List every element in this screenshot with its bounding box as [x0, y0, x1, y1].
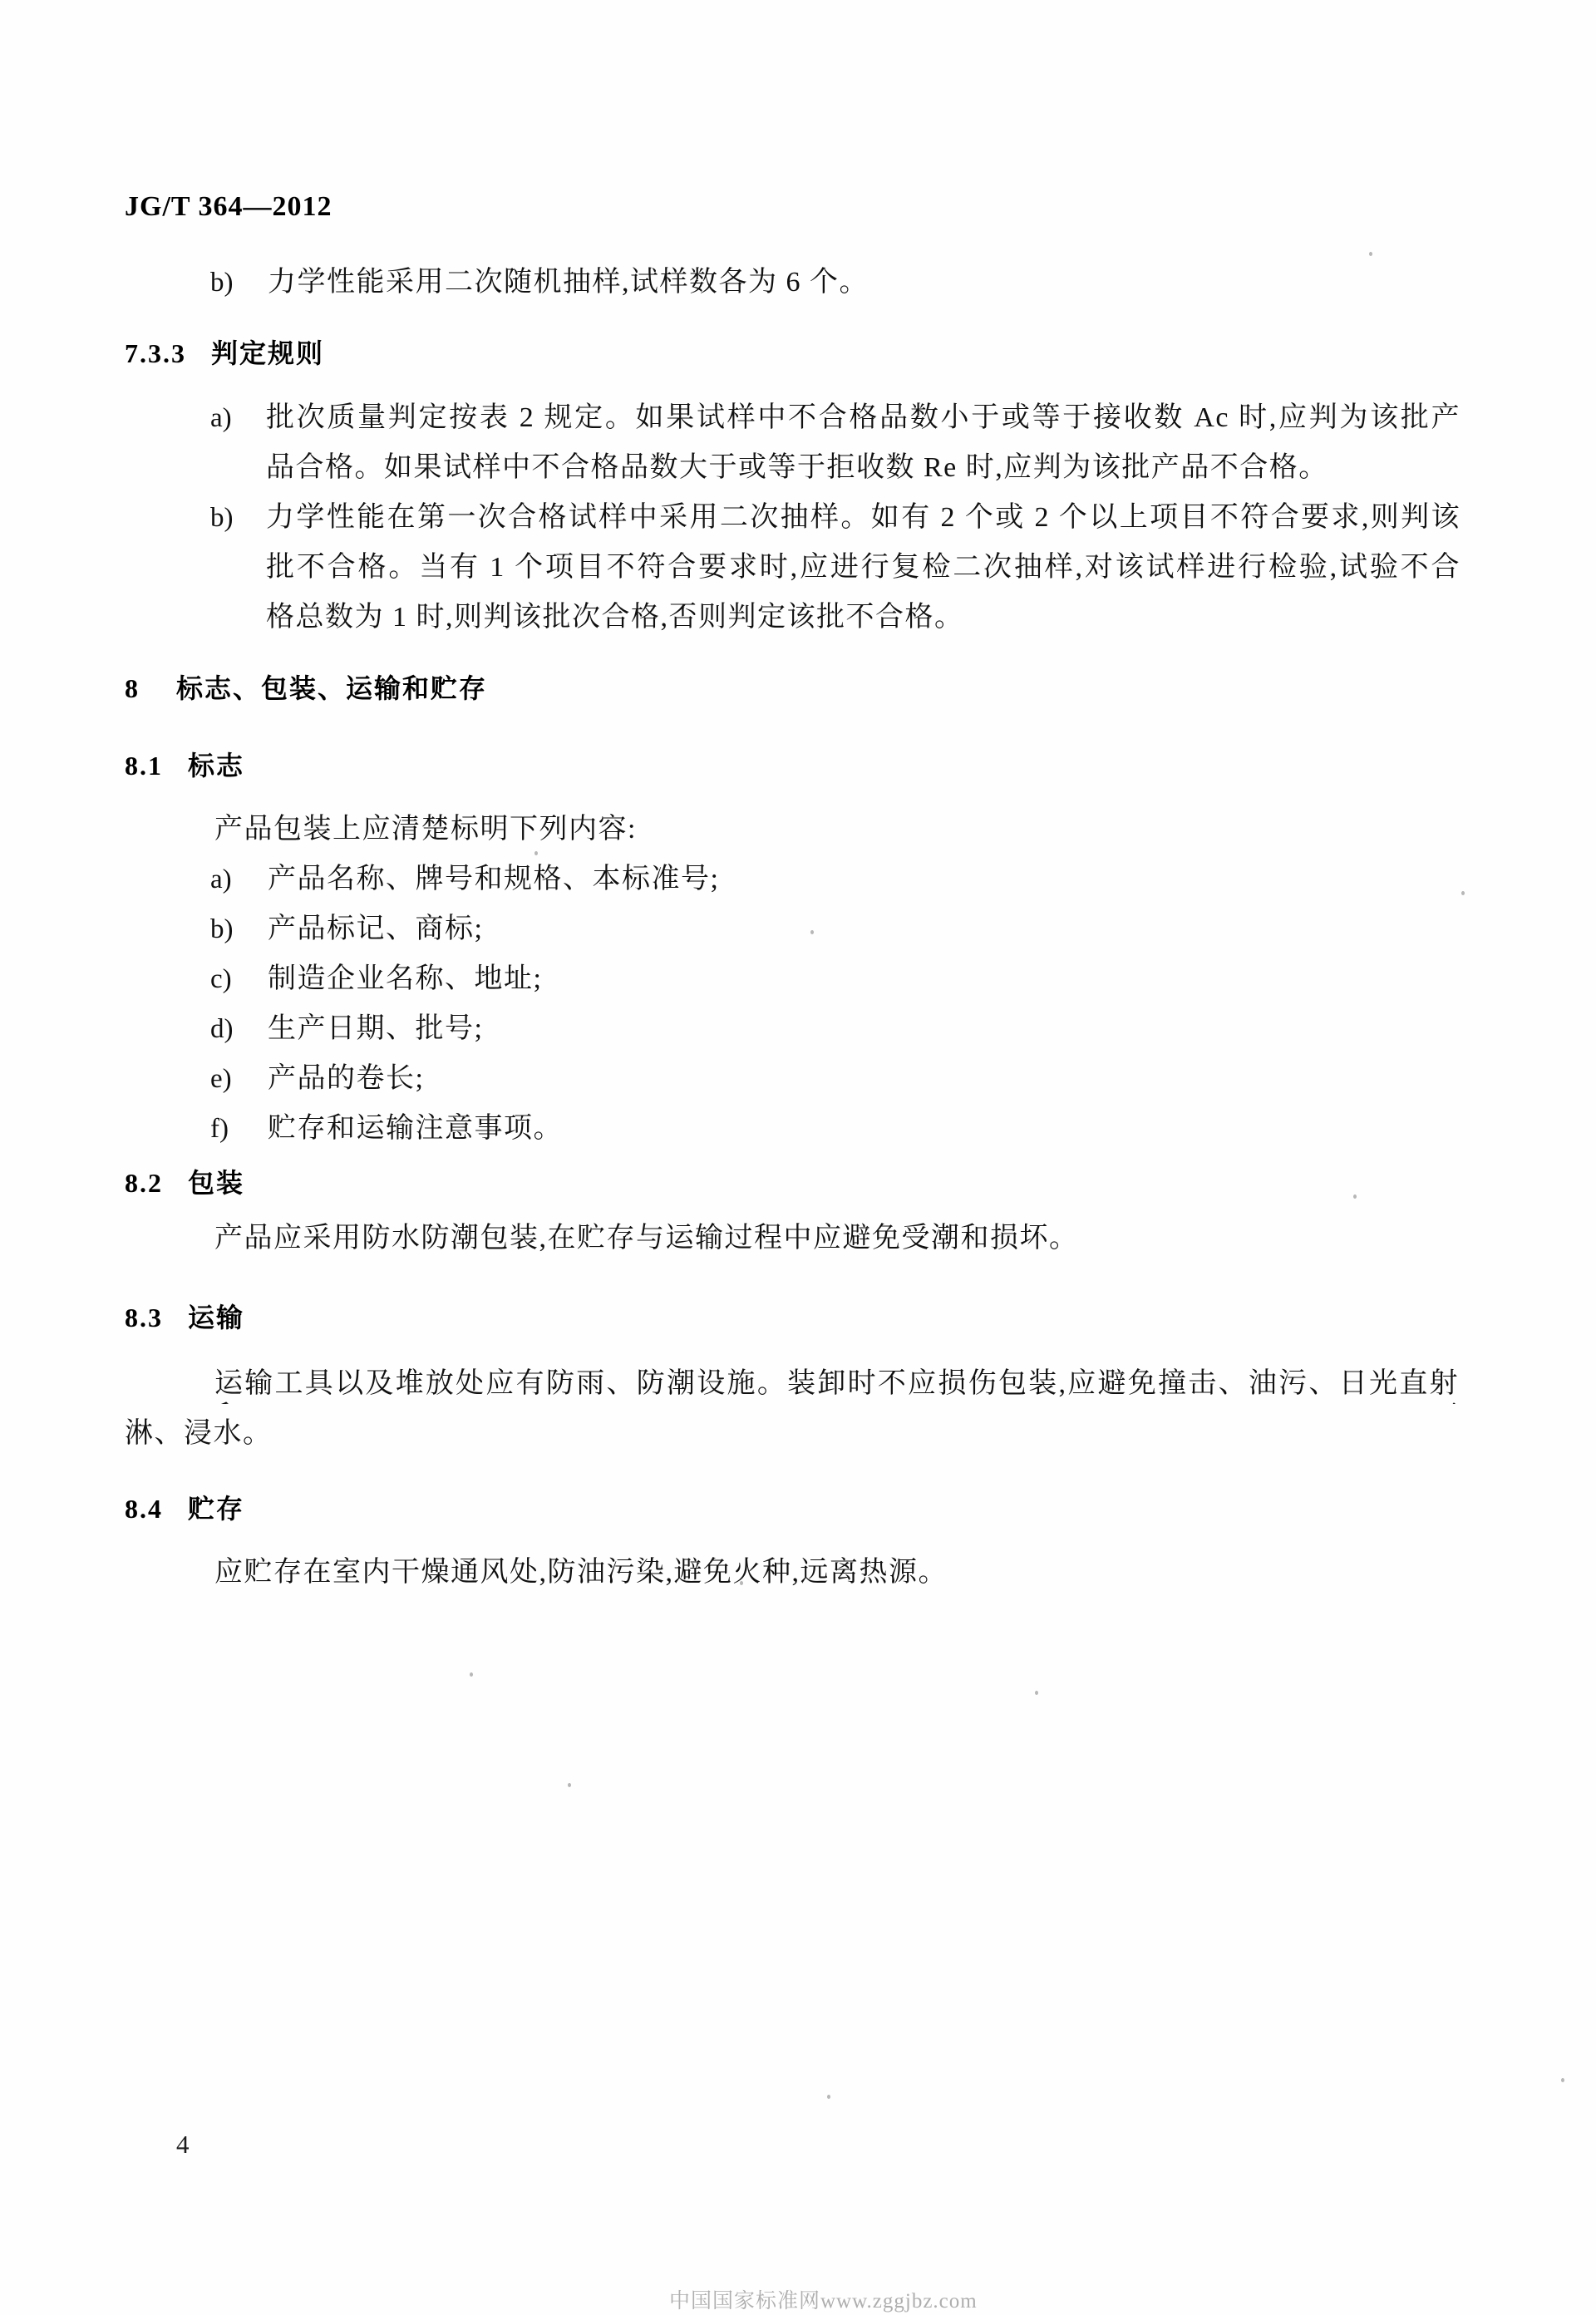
scan-speck [1035, 1691, 1038, 1695]
clause-8-1-item-d-text: 生产日期、批号; [268, 1012, 483, 1046]
clause-7-3-3-item-b-marker: b) [210, 503, 234, 534]
clause-8-3-paragraph-line-2: 淋、浸水。 [125, 1417, 273, 1451]
clause-8-2-number: 8.2 [125, 1168, 163, 1198]
clause-8-1-item-f-text: 贮存和运输注意事项。 [268, 1112, 563, 1145]
clause-7-3-3-title: 判定规则 [211, 338, 324, 368]
clause-heading-8-3: 8.3运输 [125, 1297, 244, 1335]
clause-7-3-2-item-b-text: 力学性能采用二次随机抽样,试样数各为 6 个。 [268, 266, 869, 299]
clause-8-2-paragraph: 产品应采用防水防潮包装,在贮存与运输过程中应避免受潮和损坏。 [214, 1222, 1079, 1255]
scanned-standard-page: JG/T 364—2012 b) 力学性能采用二次随机抽样,试样数各为 6 个。… [0, 0, 1596, 2315]
clause-8-1-item-c-marker: c) [210, 964, 232, 995]
clause-7-3-3-item-a-line-2: 品合格。如果试样中不合格品数大于或等于拒收数 Re 时,应判为该批产品不合格。 [266, 451, 1328, 485]
clause-8-1-number: 8.1 [125, 751, 163, 781]
clause-8-4-paragraph: 应贮存在室内干燥通风处,防油污染,避免火种,远离热源。 [214, 1556, 948, 1589]
clause-heading-8: 8标志、包装、运输和贮存 [125, 667, 487, 706]
clause-8-title: 标志、包装、运输和贮存 [176, 673, 487, 703]
scan-speck [827, 2095, 830, 2099]
clause-heading-8-2: 8.2包装 [125, 1162, 244, 1200]
clause-8-1-intro: 产品包装上应清楚标明下列内容: [214, 813, 637, 846]
scan-speck [1561, 2078, 1564, 2082]
clause-heading-7-3-3: 7.3.3判定规则 [125, 332, 324, 371]
scan-speck [568, 1783, 571, 1787]
clause-8-4-title: 贮存 [188, 1494, 244, 1524]
clause-8-1-item-a-marker: a) [210, 864, 232, 895]
scan-speck [1353, 1194, 1357, 1199]
clause-8-1-item-b-text: 产品标记、商标; [268, 913, 483, 946]
clause-8-3-number: 8.3 [125, 1303, 163, 1332]
clause-8-4-number: 8.4 [125, 1494, 163, 1524]
page-number: 4 [176, 2130, 190, 2160]
clause-8-1-item-b-marker: b) [210, 914, 234, 945]
standard-number: JG/T 364—2012 [125, 191, 332, 223]
clause-7-3-3-item-a-marker: a) [210, 403, 232, 434]
clause-8-1-item-e-marker: e) [210, 1064, 232, 1095]
clause-8-3-title: 运输 [188, 1303, 244, 1332]
scan-speck [810, 930, 814, 934]
clause-7-3-3-item-b-line-3: 格总数为 1 时,则判该批次合格,否则判定该批不合格。 [266, 601, 964, 634]
clause-8-1-item-f-marker: f) [210, 1114, 229, 1145]
clause-7-3-3-item-b-line-1: 力学性能在第一次合格试样中采用二次抽样。如有 2 个或 2 个以上项目不符合要求… [266, 501, 1461, 538]
clause-8-number: 8 [125, 673, 140, 703]
watermark-text: 中国国家标准网www.zggjbz.com [669, 2284, 978, 2314]
clause-7-3-3-item-a-line-1: 批次质量判定按表 2 规定。如果试样中不合格品数小于或等于接收数 Ac 时,应判… [266, 401, 1461, 438]
clause-8-1-item-e-text: 产品的卷长; [268, 1062, 424, 1096]
clause-8-1-item-d-marker: d) [210, 1014, 234, 1045]
clause-8-1-item-a-text: 产品名称、牌号和规格、本标准号; [268, 863, 719, 896]
clause-7-3-3-number: 7.3.3 [125, 338, 186, 368]
clause-8-1-title: 标志 [188, 751, 244, 781]
clause-heading-8-4: 8.4贮存 [125, 1488, 244, 1526]
clause-8-2-title: 包装 [188, 1168, 244, 1198]
scan-speck [1369, 252, 1372, 256]
clause-8-3-paragraph-line-1: 运输工具以及堆放处应有防雨、防潮设施。装卸时不应损伤包装,应避免撞击、油污、日光… [214, 1367, 1459, 1404]
clause-7-3-3-item-b-line-2: 批不合格。当有 1 个项目不符合要求时,应进行复检二次抽样,对该试样进行检验,试… [266, 551, 1461, 588]
scan-speck [470, 1672, 473, 1677]
scan-speck [1461, 891, 1465, 895]
clause-8-1-item-c-text: 制造企业名称、地址; [268, 963, 542, 996]
clause-7-3-2-item-b-marker: b) [210, 268, 234, 298]
clause-heading-8-1: 8.1标志 [125, 745, 244, 783]
scan-speck [534, 851, 538, 855]
scan-speck [740, 1581, 743, 1585]
